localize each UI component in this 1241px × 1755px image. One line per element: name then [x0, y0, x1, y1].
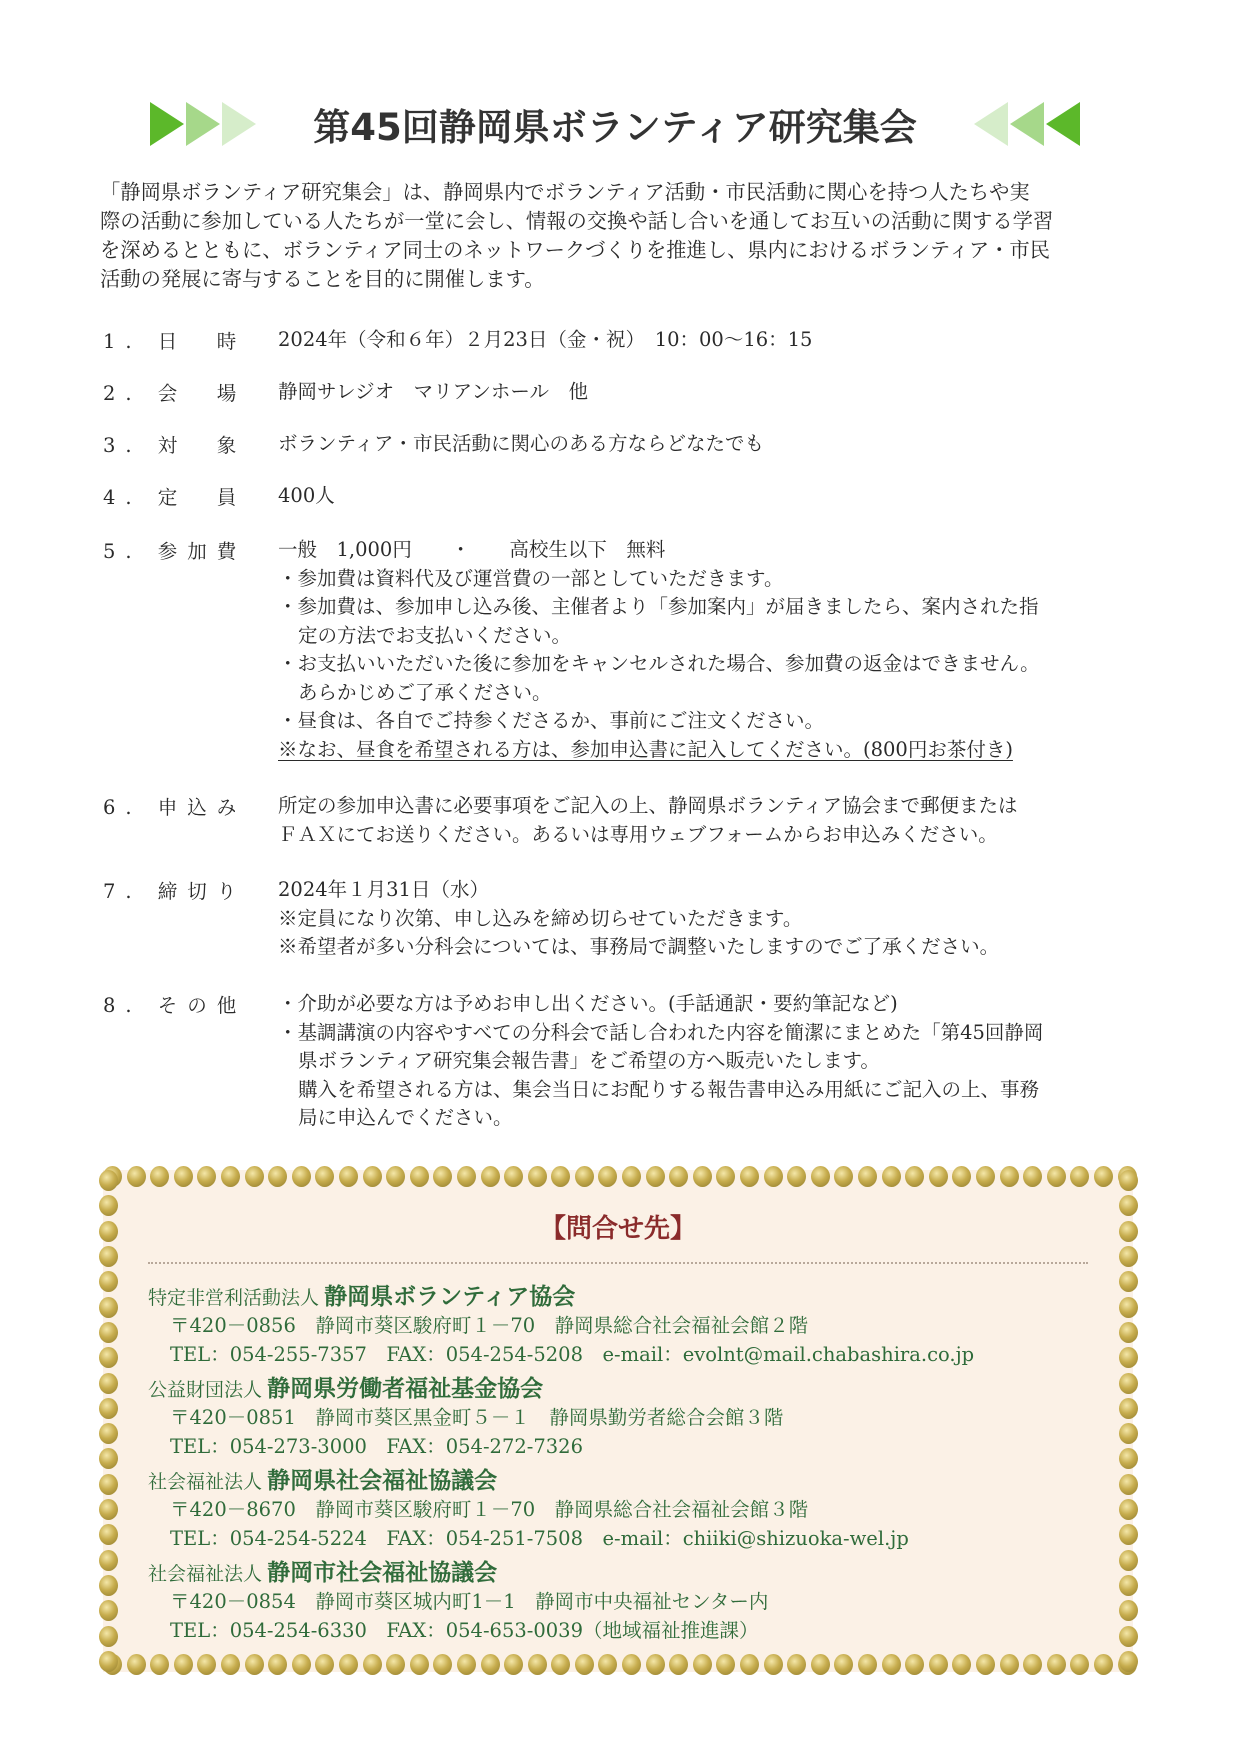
bead-icon [481, 1166, 500, 1187]
bead-icon [716, 1654, 735, 1675]
item-fee: 5. 参加費 一般 1,000円 ・ 高校生以下 無料 ・参加費は資料代及び運営… [103, 536, 1143, 764]
org-name: 静岡県ボランティア協会 [324, 1283, 575, 1310]
contact-title: 【問合せ先】 [103, 1208, 1133, 1245]
intro-line: 「静岡県ボランティア研究集会」は、静岡県内でボランティア活動・市民活動に関心を持… [100, 178, 1140, 207]
bead-icon [363, 1166, 382, 1187]
org-phone: TEL：054-254-6330 FAX：054-653-0039（地域福祉推進… [148, 1616, 1108, 1645]
bead-icon [811, 1654, 830, 1675]
triangle-left-icon [974, 102, 1008, 146]
bead-icon [622, 1654, 641, 1675]
bead-border-top [103, 1166, 1137, 1188]
bead-icon [1119, 1524, 1138, 1545]
lunch-note: ※なお、昼食を希望される方は、参加申込書に記入してください。(800円お茶付き) [278, 736, 1143, 765]
intro-paragraph: 「静岡県ボランティア研究集会」は、静岡県内でボランティア活動・市民活動に関心を持… [100, 178, 1140, 294]
bead-icon [929, 1654, 948, 1675]
bead-icon [292, 1166, 311, 1187]
bead-icon [1070, 1166, 1089, 1187]
bead-icon [504, 1166, 523, 1187]
bead-icon [1119, 1347, 1138, 1368]
item-note: ※定員になり次第、申し込みを締め切らせていただきます。 [278, 905, 1143, 934]
bead-icon [1119, 1170, 1138, 1191]
bead-icon [315, 1166, 334, 1187]
item-note: ・昼食は、各自でご持参くださるか、事前にご注文ください。 [278, 707, 1143, 736]
bead-icon [99, 1271, 118, 1292]
item-label: 3. 対 象 [103, 430, 278, 459]
bead-icon [99, 1626, 118, 1647]
bead-icon [905, 1166, 924, 1187]
org-type: 社会福祉法人 [148, 1563, 262, 1585]
intro-line: 際の活動に参加している人たちが一堂に会し、情報の交換や話し合いを通してお互いの活… [100, 207, 1140, 236]
org-name: 静岡県社会福祉協議会 [267, 1467, 497, 1494]
org-phone: TEL：054-273-3000 FAX：054-272-7326 [148, 1432, 1108, 1461]
bead-icon [197, 1654, 216, 1675]
bead-icon [834, 1166, 853, 1187]
bead-icon [1047, 1654, 1066, 1675]
bead-icon [669, 1654, 688, 1675]
bead-icon [646, 1166, 665, 1187]
bead-icon [1119, 1550, 1138, 1571]
item-value: 2024年１月31日（水） [278, 876, 1143, 905]
item-capacity: 4. 定 員 400人 [103, 482, 1143, 511]
bead-icon [292, 1654, 311, 1675]
bead-icon [410, 1166, 429, 1187]
org-phone: TEL：054-255-7357 FAX：054-254-5208 e-mail… [148, 1340, 1108, 1369]
divider [148, 1262, 1088, 1264]
item-note: ・介助が必要な方は予めお申し出ください。(手話通訳・要約筆記など) [278, 990, 1143, 1019]
bead-icon [150, 1166, 169, 1187]
bead-icon [598, 1166, 617, 1187]
item-venue: 2. 会 場 静岡サレジオ マリアンホール 他 [103, 378, 1143, 407]
bead-icon [787, 1654, 806, 1675]
bead-icon [99, 1474, 118, 1495]
title-banner: 第45回静岡県ボランティア研究集会 [150, 98, 1080, 150]
bead-icon [598, 1654, 617, 1675]
bead-icon [646, 1654, 665, 1675]
bead-icon [787, 1166, 806, 1187]
bead-icon [127, 1654, 146, 1675]
bead-icon [622, 1166, 641, 1187]
bead-icon [976, 1654, 995, 1675]
contact-org: 社会福祉法人 静岡市社会福祉協議会 〒420－0854 静岡市葵区城内町1－1 … [148, 1554, 1108, 1645]
bead-icon [99, 1651, 118, 1672]
bead-icon [197, 1166, 216, 1187]
bead-icon [976, 1166, 995, 1187]
bead-icon [99, 1524, 118, 1545]
bead-icon [99, 1575, 118, 1596]
bead-icon [433, 1166, 452, 1187]
bead-icon [528, 1654, 547, 1675]
org-phone: TEL：054-254-5224 FAX：054-251-7508 e-mail… [148, 1524, 1108, 1553]
bead-icon [716, 1166, 735, 1187]
bead-icon [1119, 1651, 1138, 1672]
item-value: 400人 [278, 482, 1143, 511]
bead-icon [99, 1170, 118, 1191]
bead-icon [99, 1246, 118, 1267]
item-date: 1. 日 時 2024年（令和６年）２月23日（金・祝） 10：00～16：15 [103, 326, 1143, 355]
bead-icon [127, 1166, 146, 1187]
item-label: 8. その他 [103, 990, 278, 1133]
contact-org: 特定非営利活動法人 静岡県ボランティア協会 〒420－0856 静岡市葵区駿府町… [148, 1278, 1108, 1369]
item-label: 5. 参加費 [103, 536, 278, 764]
item-deadline: 7. 締切り 2024年１月31日（水） ※定員になり次第、申し込みを締め切らせ… [103, 876, 1143, 962]
bead-icon [1000, 1654, 1019, 1675]
arrow-right-decoration [150, 102, 256, 146]
org-name: 静岡県労働者福祉基金協会 [267, 1375, 543, 1402]
item-note: ・参加費は資料代及び運営費の一部としていただきます。 [278, 565, 1143, 594]
bead-icon [315, 1654, 334, 1675]
bead-icon [858, 1166, 877, 1187]
bead-icon [1119, 1271, 1138, 1292]
item-value: 2024年（令和６年）２月23日（金・祝） 10：00～16：15 [278, 326, 1143, 355]
intro-line: を深めるとともに、ボランティア同士のネットワークづくりを推進し、県内におけるボラ… [100, 236, 1140, 265]
org-address: 〒420－0851 静岡市葵区黒金町５－１ 静岡県勤労者総合会館３階 [148, 1403, 1108, 1432]
org-type: 公益財団法人 [148, 1379, 262, 1401]
bead-icon [740, 1654, 759, 1675]
bead-icon [99, 1600, 118, 1621]
page-title: 第45回静岡県ボランティア研究集会 [313, 97, 917, 151]
item-target: 3. 対 象 ボランティア・市民活動に関心のある方ならどなたでも [103, 430, 1143, 459]
bead-icon [174, 1166, 193, 1187]
bead-icon [764, 1166, 783, 1187]
bead-icon [858, 1654, 877, 1675]
item-value: ボランティア・市民活動に関心のある方ならどなたでも [278, 430, 1143, 459]
bead-icon [433, 1654, 452, 1675]
bead-icon [905, 1654, 924, 1675]
bead-icon [221, 1166, 240, 1187]
bead-icon [1119, 1373, 1138, 1394]
item-value: 所定の参加申込書に必要事項をご記入の上、静岡県ボランティア協会まで郵便または [278, 792, 1143, 821]
bead-icon [669, 1166, 688, 1187]
bead-icon [221, 1654, 240, 1675]
org-name: 静岡市社会福祉協議会 [267, 1559, 497, 1586]
item-label: 2. 会 場 [103, 378, 278, 407]
item-label: 1. 日 時 [103, 326, 278, 355]
bead-icon [834, 1654, 853, 1675]
bead-icon [1119, 1499, 1138, 1520]
bead-icon [1000, 1166, 1019, 1187]
item-label: 6. 申込み [103, 792, 278, 849]
bead-icon [528, 1166, 547, 1187]
bead-icon [1047, 1166, 1066, 1187]
item-note: 県ボランティア研究集会報告書」をご希望の方へ販売いたします。 [278, 1047, 1143, 1076]
bead-icon [952, 1166, 971, 1187]
bead-border-right [1119, 1170, 1141, 1672]
bead-icon [1119, 1423, 1138, 1444]
item-note: 局に申込んでください。 [278, 1104, 1143, 1133]
triangle-right-icon [222, 102, 256, 146]
contact-org: 社会福祉法人 静岡県社会福祉協議会 〒420－8670 静岡市葵区駿府町１－70… [148, 1462, 1108, 1553]
item-label: 7. 締切り [103, 876, 278, 962]
bead-icon [410, 1654, 429, 1675]
item-application: 6. 申込み 所定の参加申込書に必要事項をご記入の上、静岡県ボランティア協会まで… [103, 792, 1143, 849]
bead-icon [1119, 1600, 1138, 1621]
bead-icon [575, 1166, 594, 1187]
bead-icon [386, 1166, 405, 1187]
bead-icon [99, 1373, 118, 1394]
bead-icon [1119, 1474, 1138, 1495]
item-value: ＦＡＸにてお送りください。あるいは専用ウェブフォームからお申込みください。 [278, 821, 1143, 850]
item-value: 静岡サレジオ マリアンホール 他 [278, 378, 1143, 407]
bead-icon [764, 1654, 783, 1675]
bead-icon [99, 1550, 118, 1571]
bead-icon [99, 1297, 118, 1318]
bead-icon [1119, 1246, 1138, 1267]
bead-icon [1119, 1297, 1138, 1318]
triangle-left-icon [1046, 102, 1080, 146]
contact-org: 公益財団法人 静岡県労働者福祉基金協会 〒420－0851 静岡市葵区黒金町５－… [148, 1370, 1108, 1461]
item-note: 定の方法でお支払いください。 [278, 622, 1143, 651]
bead-icon [363, 1654, 382, 1675]
bead-icon [693, 1166, 712, 1187]
item-label: 4. 定 員 [103, 482, 278, 511]
bead-icon [99, 1499, 118, 1520]
bead-icon [1070, 1654, 1089, 1675]
item-note: あらかじめご了承ください。 [278, 679, 1143, 708]
bead-icon [1119, 1448, 1138, 1469]
bead-icon [339, 1654, 358, 1675]
bead-icon [1094, 1654, 1113, 1675]
bead-icon [1119, 1322, 1138, 1343]
bead-icon [386, 1654, 405, 1675]
bead-icon [1119, 1398, 1138, 1419]
bead-icon [551, 1166, 570, 1187]
bead-icon [174, 1654, 193, 1675]
bead-icon [99, 1322, 118, 1343]
triangle-right-icon [150, 102, 184, 146]
item-value: 一般 1,000円 ・ 高校生以下 無料 [278, 536, 1143, 565]
item-note: ・基調講演の内容やすべての分科会で話し合われた内容を簡潔にまとめた「第45回静岡 [278, 1019, 1143, 1048]
bead-icon [504, 1654, 523, 1675]
bead-icon [929, 1166, 948, 1187]
item-note: ・お支払いいただいた後に参加をキャンセルされた場合、参加費の返金はできません。 [278, 650, 1143, 679]
bead-icon [1119, 1575, 1138, 1596]
org-address: 〒420－8670 静岡市葵区駿府町１－70 静岡県総合社会福祉会館３階 [148, 1495, 1108, 1524]
bead-icon [1119, 1626, 1138, 1647]
bead-icon [693, 1654, 712, 1675]
bead-icon [99, 1423, 118, 1444]
org-address: 〒420－0854 静岡市葵区城内町1－1 静岡市中央福祉センター内 [148, 1587, 1108, 1616]
bead-icon [339, 1166, 358, 1187]
bead-icon [952, 1654, 971, 1675]
item-note: 購入を希望される方は、集会当日にお配りする報告書申込み用紙にご記入の上、事務 [278, 1076, 1143, 1105]
bead-icon [457, 1166, 476, 1187]
bead-icon [575, 1654, 594, 1675]
bead-icon [1023, 1166, 1042, 1187]
bead-icon [245, 1654, 264, 1675]
contact-box: 【問合せ先】 特定非営利活動法人 静岡県ボランティア協会 〒420－0856 静… [103, 1170, 1133, 1672]
triangle-right-icon [186, 102, 220, 146]
bead-icon [882, 1654, 901, 1675]
org-type: 特定非営利活動法人 [148, 1287, 319, 1309]
bead-icon [740, 1166, 759, 1187]
bead-icon [99, 1347, 118, 1368]
bead-icon [268, 1166, 287, 1187]
bead-icon [481, 1654, 500, 1675]
bead-icon [245, 1166, 264, 1187]
bead-icon [882, 1166, 901, 1187]
intro-line: 活動の発展に寄与することを目的に開催します。 [100, 265, 1140, 294]
org-address: 〒420－0856 静岡市葵区駿府町１－70 静岡県総合社会福祉会館２階 [148, 1311, 1108, 1340]
bead-icon [99, 1448, 118, 1469]
bead-icon [99, 1398, 118, 1419]
item-note: ※希望者が多い分科会については、事務局で調整いたしますのでご了承ください。 [278, 933, 1143, 962]
bead-icon [1023, 1654, 1042, 1675]
bead-icon [551, 1654, 570, 1675]
bead-border-bottom [103, 1654, 1137, 1676]
arrow-left-decoration [974, 102, 1080, 146]
triangle-left-icon [1010, 102, 1044, 146]
bead-icon [1094, 1166, 1113, 1187]
bead-icon [268, 1654, 287, 1675]
bead-icon [811, 1166, 830, 1187]
bead-icon [457, 1654, 476, 1675]
item-note: ・参加費は、参加申し込み後、主催者より「参加案内」が届きましたら、案内された指 [278, 593, 1143, 622]
org-type: 社会福祉法人 [148, 1471, 262, 1493]
bead-icon [150, 1654, 169, 1675]
item-other: 8. その他 ・介助が必要な方は予めお申し出ください。(手話通訳・要約筆記など)… [103, 990, 1143, 1133]
bead-border-left [99, 1170, 121, 1672]
